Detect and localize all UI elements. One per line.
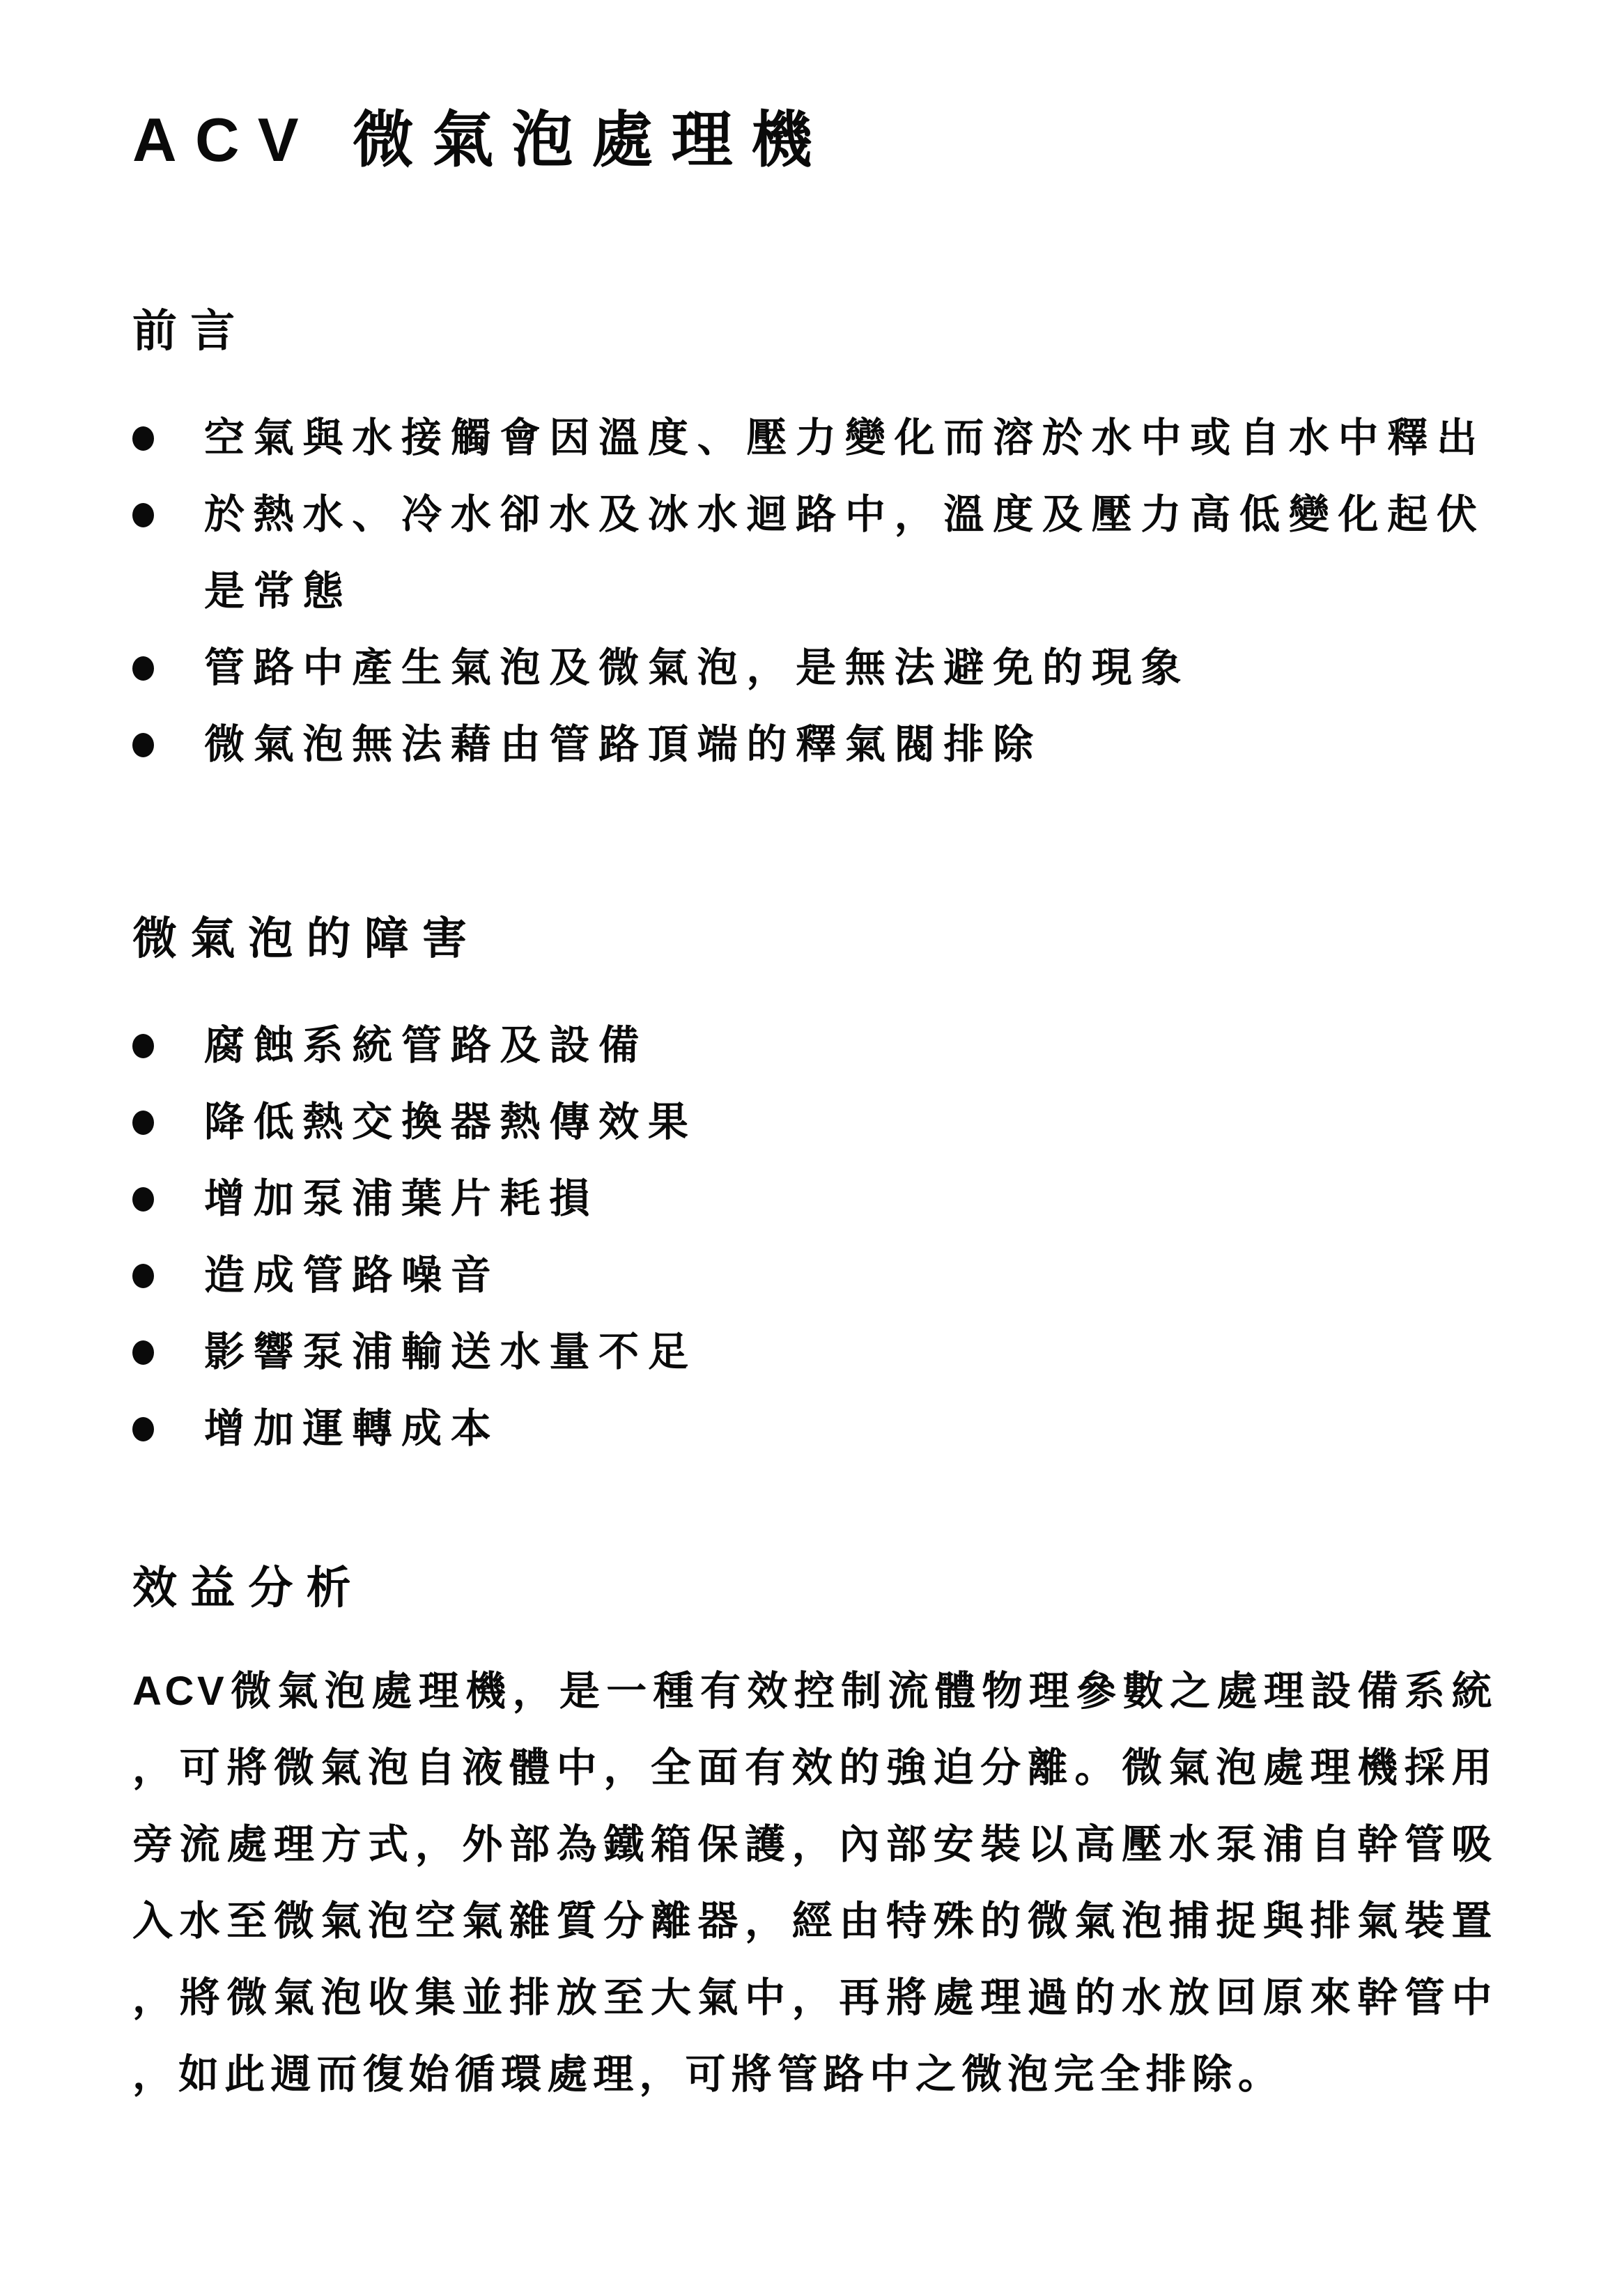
- bullet-icon: [132, 1187, 154, 1212]
- benefits-heading: 效益分析: [132, 1561, 1495, 1615]
- bullet-text: 腐蝕系統管路及設備: [204, 1007, 648, 1084]
- bullet-text: 微氣泡無法藉由管路頂端的釋氣閥排除: [204, 706, 1042, 783]
- list-item: 造成管路噪音: [132, 1237, 1495, 1314]
- bullet-icon: [132, 503, 154, 527]
- bullet-text: 降低熱交換器熱傳效果: [204, 1084, 697, 1161]
- document-page: ACV 微氣泡處理機 前言 空氣與水接觸會因溫度、壓力變化而溶於水中或自水中釋出…: [0, 0, 1624, 2290]
- list-item: 腐蝕系統管路及設備: [132, 1007, 1495, 1084]
- paragraph-line: 入水至微氣泡空氣雜質分離器，經由特殊的微氣泡捕捉與排氣裝置: [132, 1883, 1495, 1960]
- bullet-icon: [132, 1034, 154, 1058]
- paragraph-line: ACV微氣泡處理機，是一種有效控制流體物理參數之處理設備系統: [132, 1653, 1495, 1730]
- bullet-text: 於熱水、冷水卻水及冰水迴路中，溫度及壓力高低變化起伏是常態: [204, 477, 1495, 630]
- bullet-text: 影響泵浦輸送水量不足: [204, 1314, 697, 1391]
- bullet-text: 造成管路噪音: [204, 1237, 500, 1314]
- hazards-bullet-list: 腐蝕系統管路及設備 降低熱交換器熱傳效果 增加泵浦葉片耗損 造成管路噪音 影響泵…: [132, 1007, 1495, 1467]
- list-item: 管路中產生氣泡及微氣泡，是無法避免的現象: [132, 630, 1495, 706]
- bullet-text: 增加泵浦葉片耗損: [204, 1161, 598, 1237]
- page-title: ACV 微氣泡處理機: [132, 108, 1495, 172]
- hazards-heading: 微氣泡的障害: [132, 912, 1495, 966]
- bullet-text: 增加運轉成本: [204, 1391, 500, 1467]
- paragraph-line: ，如此週而復始循環處理，可將管路中之微泡完全排除。: [132, 2036, 1495, 2113]
- paragraph-line: 旁流處理方式，外部為鐵箱保護，內部安裝以高壓水泵浦自幹管吸: [132, 1807, 1495, 1883]
- preface-heading: 前言: [132, 304, 1495, 358]
- bullet-text: 空氣與水接觸會因溫度、壓力變化而溶於水中或自水中釋出: [204, 400, 1486, 477]
- bullet-icon: [132, 1340, 154, 1365]
- bullet-icon: [132, 656, 154, 681]
- bullet-text: 管路中產生氣泡及微氣泡，是無法避免的現象: [204, 630, 1190, 706]
- list-item: 影響泵浦輸送水量不足: [132, 1314, 1495, 1391]
- bullet-icon: [132, 1111, 154, 1135]
- list-item: 增加運轉成本: [132, 1391, 1495, 1467]
- bullet-icon: [132, 1417, 154, 1441]
- benefits-paragraph: ACV微氣泡處理機，是一種有效控制流體物理參數之處理設備系統 ，可將微氣泡自液體…: [132, 1653, 1495, 2113]
- section-benefits: 效益分析 ACV微氣泡處理機，是一種有效控制流體物理參數之處理設備系統 ，可將微…: [132, 1561, 1495, 2113]
- bullet-icon: [132, 426, 154, 451]
- list-item: 微氣泡無法藉由管路頂端的釋氣閥排除: [132, 706, 1495, 783]
- list-item: 降低熱交換器熱傳效果: [132, 1084, 1495, 1161]
- preface-bullet-list: 空氣與水接觸會因溫度、壓力變化而溶於水中或自水中釋出 於熱水、冷水卻水及冰水迴路…: [132, 400, 1495, 783]
- bullet-icon: [132, 733, 154, 757]
- list-item: 空氣與水接觸會因溫度、壓力變化而溶於水中或自水中釋出: [132, 400, 1495, 477]
- paragraph-line: ，可將微氣泡自液體中，全面有效的強迫分離。微氣泡處理機採用: [132, 1730, 1495, 1807]
- list-item: 於熱水、冷水卻水及冰水迴路中，溫度及壓力高低變化起伏是常態: [132, 477, 1495, 630]
- paragraph-line: ，將微氣泡收集並排放至大氣中，再將處理過的水放回原來幹管中: [132, 1960, 1495, 2036]
- bullet-icon: [132, 1264, 154, 1288]
- list-item: 增加泵浦葉片耗損: [132, 1161, 1495, 1237]
- section-hazards: 微氣泡的障害 腐蝕系統管路及設備 降低熱交換器熱傳效果 增加泵浦葉片耗損 造成管…: [132, 912, 1495, 1467]
- section-preface: 前言 空氣與水接觸會因溫度、壓力變化而溶於水中或自水中釋出 於熱水、冷水卻水及冰…: [132, 304, 1495, 783]
